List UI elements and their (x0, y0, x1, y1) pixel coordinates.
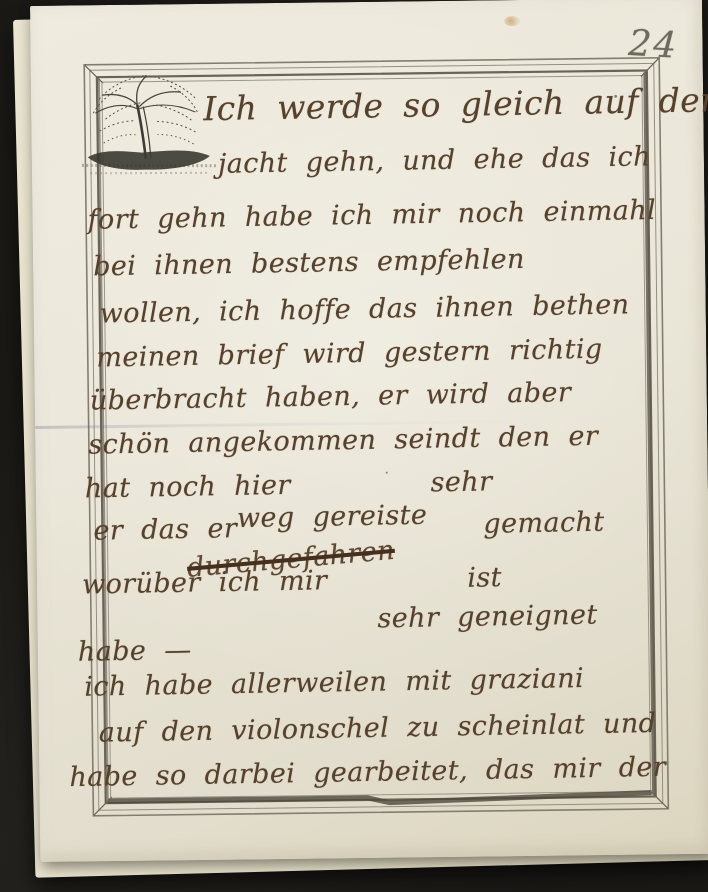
manuscript-line: jacht gehn, und ehe das ich (218, 141, 651, 180)
manuscript-word: schön angekommen seindt den er (88, 421, 598, 461)
manuscript-line: worüber ich mirist (82, 562, 502, 600)
manuscript-line: auf den violonschel zu scheinlat und (99, 708, 657, 749)
manuscript-word: sehr (430, 466, 492, 498)
manuscript-word: hat noch hier (85, 470, 291, 505)
manuscript-word: weg gereiste (237, 500, 428, 534)
manuscript-line: fort gehn habe ich mir noch einmahl (87, 195, 656, 236)
photo-background: 24 Ich werde so gleich auf derjacht gehn… (0, 0, 708, 892)
manuscript-line: meinen brief wird gestern richtig (96, 334, 603, 374)
manuscript-word: sehr geneignet (377, 600, 598, 635)
manuscript-word: habe so darbei gearbeitet, das mir der (69, 752, 666, 793)
manuscript-word: Ich werde so gleich auf der (203, 80, 708, 128)
manuscript-word: überbracht haben, er wird aber (90, 377, 572, 416)
manuscript-word: worüber ich mir (82, 565, 328, 600)
manuscript-line: überbracht haben, er wird aber (90, 377, 572, 416)
manuscript-word: auf den violonschel zu scheinlat und (99, 708, 657, 749)
manuscript-line: bei ihnen bestens empfehlen (93, 244, 525, 283)
manuscript-word: gemacht (483, 507, 605, 540)
manuscript-line: wollen, ich hoffe das ihnen bethen (100, 289, 630, 329)
manuscript-line: ich habe allerweilen mit graziani (84, 663, 584, 703)
manuscript-word: habe — (78, 635, 192, 668)
manuscript-line: habe — (78, 635, 192, 668)
manuscript-word: ich habe allerweilen mit graziani (84, 663, 584, 703)
manuscript-word: ist (467, 562, 502, 594)
manuscript-word: meinen brief wird gestern richtig (96, 334, 603, 374)
manuscript-word: jacht gehn, und ehe das ich (218, 141, 651, 180)
manuscript-line: Ich werde so gleich auf der (203, 80, 708, 128)
manuscript-word: wollen, ich hoffe das ihnen bethen (100, 289, 630, 329)
manuscript-word: bei ihnen bestens empfehlen (93, 244, 525, 283)
handwritten-text: Ich werde so gleich auf derjacht gehn, u… (30, 0, 708, 862)
manuscript-word: er das er (93, 513, 237, 547)
manuscript-line: hat noch hiersehr (85, 466, 493, 504)
manuscript-line: schön angekommen seindt den er (88, 421, 598, 461)
manuscript-line: sehr geneignet (377, 600, 598, 635)
manuscript-line: habe so darbei gearbeitet, das mir der (69, 752, 666, 793)
letter-page: 24 Ich werde so gleich auf derjacht gehn… (30, 0, 708, 862)
manuscript-word: fort gehn habe ich mir noch einmahl (87, 195, 656, 236)
